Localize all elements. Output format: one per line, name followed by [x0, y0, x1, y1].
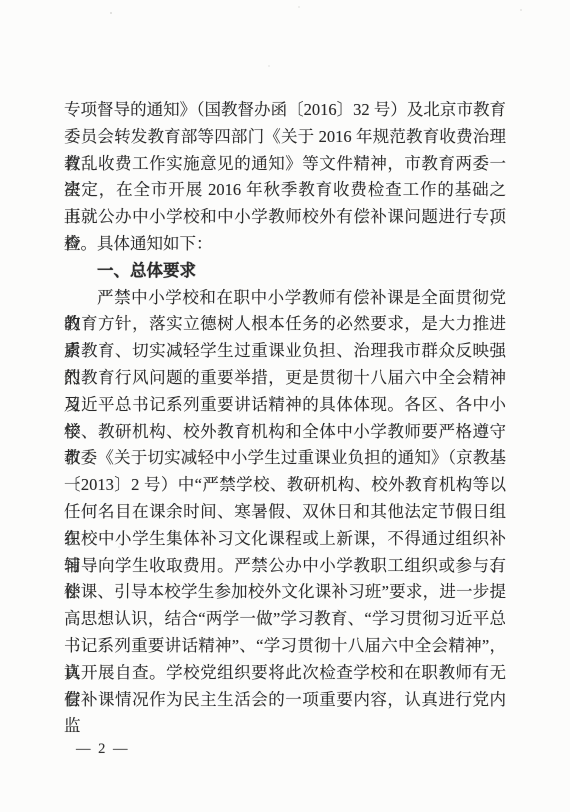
section-heading: 一、总体要求 — [64, 258, 506, 285]
text-line: 偿补课情况作为民主生活会的一项重要内容，认真进行党内监 — [64, 687, 506, 714]
text-line: 质教育、切实减轻学生过重课业负担、治理我市群众反映强烈 — [64, 338, 506, 365]
text-line: 补课、引导本校学生参加校外文化课补习班”要求，进一步提 — [64, 579, 506, 606]
scan-speck — [268, 65, 270, 67]
text-line: 的教育行风问题的重要举措，更是贯彻十八届六中全会精神及 — [64, 365, 506, 392]
text-line: 教委《关于切实减轻中小学生过重课业负担的通知》（京教基一 — [64, 445, 506, 472]
text-line: 查。具体通知如下： — [64, 231, 506, 258]
text-line: 再就公办中小学校和中小学教师校外有偿补课问题进行专项检 — [64, 204, 506, 231]
text-line: 辅导向学生收取费用。严禁公办中小学教职工组织或参与有偿 — [64, 553, 506, 580]
text-line: 决定，在全市开展 2016 年秋季教育收费检查工作的基础之上， — [64, 177, 506, 204]
scanned-document-page: 专项督导的通知》（国教督办函〔2016〕32 号）及北京市教育 委员会转发教育部… — [0, 0, 570, 812]
text-line: 育乱收费工作实施意见的通知》等文件精神，市教育两委一室 — [64, 151, 506, 178]
page-number: — 2 — — [76, 741, 130, 758]
text-line: 高思想认识，结合“两学一做”学习教育、“学习贯彻习近平总 — [64, 606, 506, 633]
scan-speck — [298, 6, 300, 8]
document-body: 专项督导的通知》（国教督办函〔2016〕32 号）及北京市教育 委员会转发教育部… — [64, 97, 506, 713]
text-line: 真开展自查。学校党组织要将此次检查学校和在职教师有无有 — [64, 660, 506, 687]
text-line: 委员会转发教育部等四部门《关于 2016 年规范教育收费治理教 — [64, 124, 506, 151]
text-line: 任何名目在课余时间、寒暑假、双休日和其他法定节假日组织 — [64, 499, 506, 526]
scan-speck — [110, 12, 112, 14]
text-line: 教育方针，落实立德树人根本任务的必然要求，是大力推进素 — [64, 311, 506, 338]
text-line: 专项督导的通知》（国教督办函〔2016〕32 号）及北京市教育 — [64, 97, 506, 124]
text-line: 校、教研机构、校外教育机构和全体中小学教师要严格遵守市 — [64, 419, 506, 446]
text-line: 书记系列重要讲话精神”、“学习贯彻十八届六中全会精神”，认 — [64, 633, 506, 660]
text-line: 严禁中小学校和在职中小学教师有偿补课是全面贯彻党的 — [64, 285, 506, 312]
text-line: 〔2013〕2 号）中“严禁学校、教研机构、校外教育机构等以 — [64, 472, 506, 499]
scan-speck — [520, 9, 522, 11]
text-line: 在校中小学生集体补习文化课程或上新课，不得通过组织补习、 — [64, 526, 506, 553]
text-line: 习近平总书记系列重要讲话精神的具体体现。各区、各中小学 — [64, 392, 506, 419]
